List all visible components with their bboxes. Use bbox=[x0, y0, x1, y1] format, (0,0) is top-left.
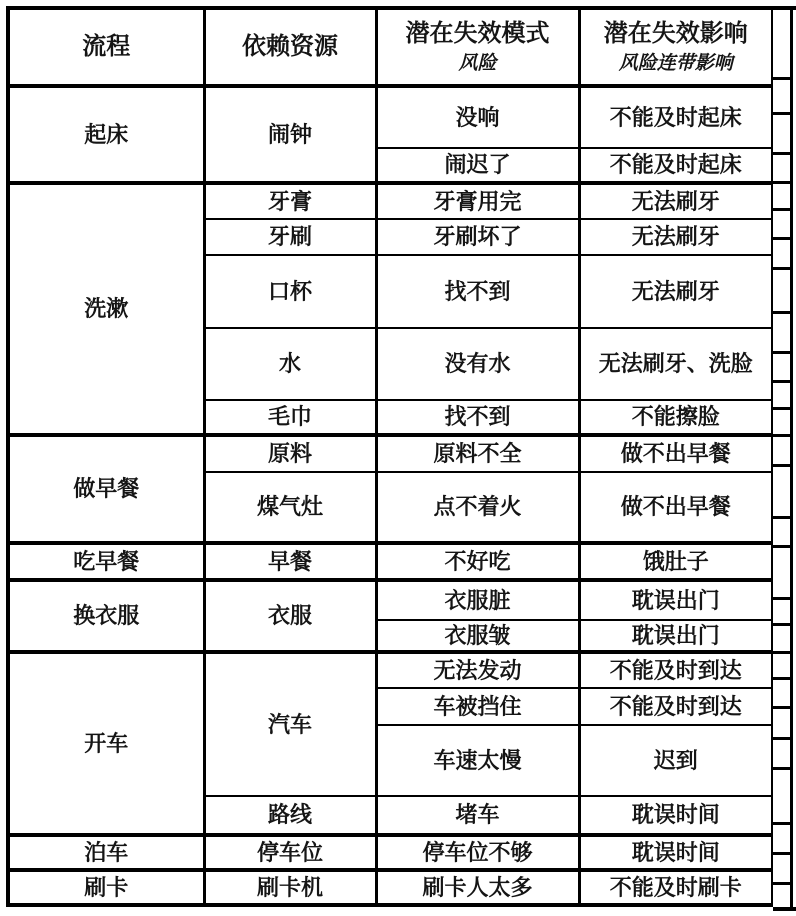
page: 流程 依赖资源 潜在失效模式 风险 潜在失效影响 风险连带影响 起床闹钟没响不能… bbox=[0, 0, 796, 916]
table-row: 开车汽车无法发动不能及时到达 bbox=[8, 652, 773, 688]
cutoff-column-divider bbox=[773, 434, 790, 437]
cutoff-column-divider bbox=[773, 311, 790, 314]
table-cell: 早餐 bbox=[204, 543, 376, 580]
table-cell: 原料不全 bbox=[376, 435, 579, 472]
table-row: 吃早餐早餐不好吃饿肚子 bbox=[8, 543, 773, 580]
table-cell: 汽车 bbox=[204, 652, 376, 796]
cutoff-column-divider bbox=[773, 407, 790, 410]
table-cell: 开车 bbox=[8, 652, 204, 835]
table-cell: 没有水 bbox=[376, 328, 579, 400]
table-cell: 原料 bbox=[204, 435, 376, 472]
table-cell: 刷卡人太多 bbox=[376, 870, 579, 905]
table-cell: 做早餐 bbox=[8, 435, 204, 543]
cutoff-column-divider bbox=[773, 516, 790, 519]
table-cell: 耽误出门 bbox=[579, 620, 773, 652]
table-cell: 刷卡机 bbox=[204, 870, 376, 905]
table-cell: 不好吃 bbox=[376, 543, 579, 580]
col-header-failure-mode: 潜在失效模式 风险 bbox=[376, 8, 579, 86]
table-row: 泊车停车位停车位不够耽误时间 bbox=[8, 835, 773, 870]
table-cell: 做不出早餐 bbox=[579, 472, 773, 543]
cutoff-column-divider bbox=[773, 822, 790, 825]
header-row: 流程 依赖资源 潜在失效模式 风险 潜在失效影响 风险连带影响 bbox=[8, 8, 773, 86]
table-cell: 无法刷牙 bbox=[579, 183, 773, 219]
col-header-label: 依赖资源 bbox=[210, 32, 371, 62]
table-cell: 起床 bbox=[8, 86, 204, 183]
cutoff-column-divider bbox=[773, 208, 790, 211]
table-cell: 刷卡 bbox=[8, 870, 204, 905]
table-row: 做早餐原料原料不全做不出早餐 bbox=[8, 435, 773, 472]
table-cell: 车被挡住 bbox=[376, 688, 579, 725]
cutoff-column-divider bbox=[773, 181, 790, 184]
table-cell: 毛巾 bbox=[204, 400, 376, 435]
table-cell: 牙刷 bbox=[204, 219, 376, 255]
table-cell: 吃早餐 bbox=[8, 543, 204, 580]
table-cell: 闹迟了 bbox=[376, 148, 579, 183]
table-cell: 路线 bbox=[204, 796, 376, 835]
cutoff-column-divider bbox=[773, 767, 790, 770]
table-cell: 无法刷牙 bbox=[579, 219, 773, 255]
cutoff-column-divider bbox=[773, 597, 790, 600]
cutoff-column-vertical-border bbox=[790, 10, 793, 907]
table-cell: 无法刷牙、洗脸 bbox=[579, 328, 773, 400]
cutoff-column-divider bbox=[773, 380, 790, 383]
table-cell: 耽误时间 bbox=[579, 796, 773, 835]
table-cell: 衣服脏 bbox=[376, 580, 579, 620]
table-row: 刷卡刷卡机刷卡人太多不能及时刷卡 bbox=[8, 870, 773, 905]
cutoff-column-divider bbox=[773, 623, 790, 626]
col-header-resource: 依赖资源 bbox=[204, 8, 376, 86]
table-cell: 点不着火 bbox=[376, 472, 579, 543]
table-cell: 口杯 bbox=[204, 255, 376, 328]
cutoff-column-divider bbox=[773, 152, 790, 155]
table-cell: 做不出早餐 bbox=[579, 435, 773, 472]
cutoff-column-divider bbox=[773, 77, 790, 80]
cutoff-column-divider bbox=[773, 237, 790, 240]
cutoff-column-divider bbox=[773, 351, 790, 354]
table-row: 换衣服衣服衣服脏耽误出门 bbox=[8, 580, 773, 620]
table-cell: 不能及时刷卡 bbox=[579, 870, 773, 905]
col-header-label: 潜在失效模式 bbox=[382, 19, 574, 49]
table-row: 起床闹钟没响不能及时起床 bbox=[8, 86, 773, 148]
col-header-process: 流程 bbox=[8, 8, 204, 86]
table-cell: 耽误出门 bbox=[579, 580, 773, 620]
table-cell: 不能及时起床 bbox=[579, 86, 773, 148]
col-header-failure-effect: 潜在失效影响 风险连带影响 bbox=[579, 8, 773, 86]
table-cell: 找不到 bbox=[376, 255, 579, 328]
cutoff-column-divider bbox=[773, 706, 790, 709]
table-cell: 耽误时间 bbox=[579, 835, 773, 870]
table-cell: 衣服皱 bbox=[376, 620, 579, 652]
table-cell: 没响 bbox=[376, 86, 579, 148]
col-header-sublabel: 风险 bbox=[382, 52, 574, 76]
table-cell: 牙膏用完 bbox=[376, 183, 579, 219]
cutoff-column-divider bbox=[773, 267, 790, 270]
fmea-table: 流程 依赖资源 潜在失效模式 风险 潜在失效影响 风险连带影响 起床闹钟没响不能… bbox=[6, 6, 775, 907]
table-cell: 煤气灶 bbox=[204, 472, 376, 543]
table-cell: 换衣服 bbox=[8, 580, 204, 652]
table-cell: 牙刷坏了 bbox=[376, 219, 579, 255]
table-cell: 不能及时起床 bbox=[579, 148, 773, 183]
table-cell: 泊车 bbox=[8, 835, 204, 870]
table-cell: 车速太慢 bbox=[376, 725, 579, 796]
table-cell: 闹钟 bbox=[204, 86, 376, 183]
table-row: 洗漱牙膏牙膏用完无法刷牙 bbox=[8, 183, 773, 219]
cutoff-column-divider bbox=[773, 112, 790, 115]
cutoff-column-divider bbox=[773, 651, 790, 654]
col-header-label: 潜在失效影响 bbox=[585, 19, 768, 49]
col-header-sublabel: 风险连带影响 bbox=[585, 52, 768, 76]
table-cell: 不能及时到达 bbox=[579, 652, 773, 688]
table-cell: 无法刷牙 bbox=[579, 255, 773, 328]
cutoff-partial-column bbox=[773, 6, 796, 911]
table-cell: 衣服 bbox=[204, 580, 376, 652]
table-cell: 不能擦脸 bbox=[579, 400, 773, 435]
table-cell: 停车位不够 bbox=[376, 835, 579, 870]
cutoff-column-divider bbox=[773, 737, 790, 740]
table-cell: 堵车 bbox=[376, 796, 579, 835]
cutoff-column-divider bbox=[773, 464, 790, 467]
table-cell: 饿肚子 bbox=[579, 543, 773, 580]
cutoff-column-divider bbox=[773, 545, 790, 548]
table-cell: 停车位 bbox=[204, 835, 376, 870]
cutoff-column-divider bbox=[773, 882, 790, 885]
table-cell: 牙膏 bbox=[204, 183, 376, 219]
table-cell: 不能及时到达 bbox=[579, 688, 773, 725]
cutoff-column-divider bbox=[773, 852, 790, 855]
table-cell: 找不到 bbox=[376, 400, 579, 435]
table-cell: 洗漱 bbox=[8, 183, 204, 435]
col-header-label: 流程 bbox=[14, 32, 199, 62]
table-cell: 水 bbox=[204, 328, 376, 400]
cutoff-column-divider bbox=[773, 677, 790, 680]
table-cell: 迟到 bbox=[579, 725, 773, 796]
table-cell: 无法发动 bbox=[376, 652, 579, 688]
